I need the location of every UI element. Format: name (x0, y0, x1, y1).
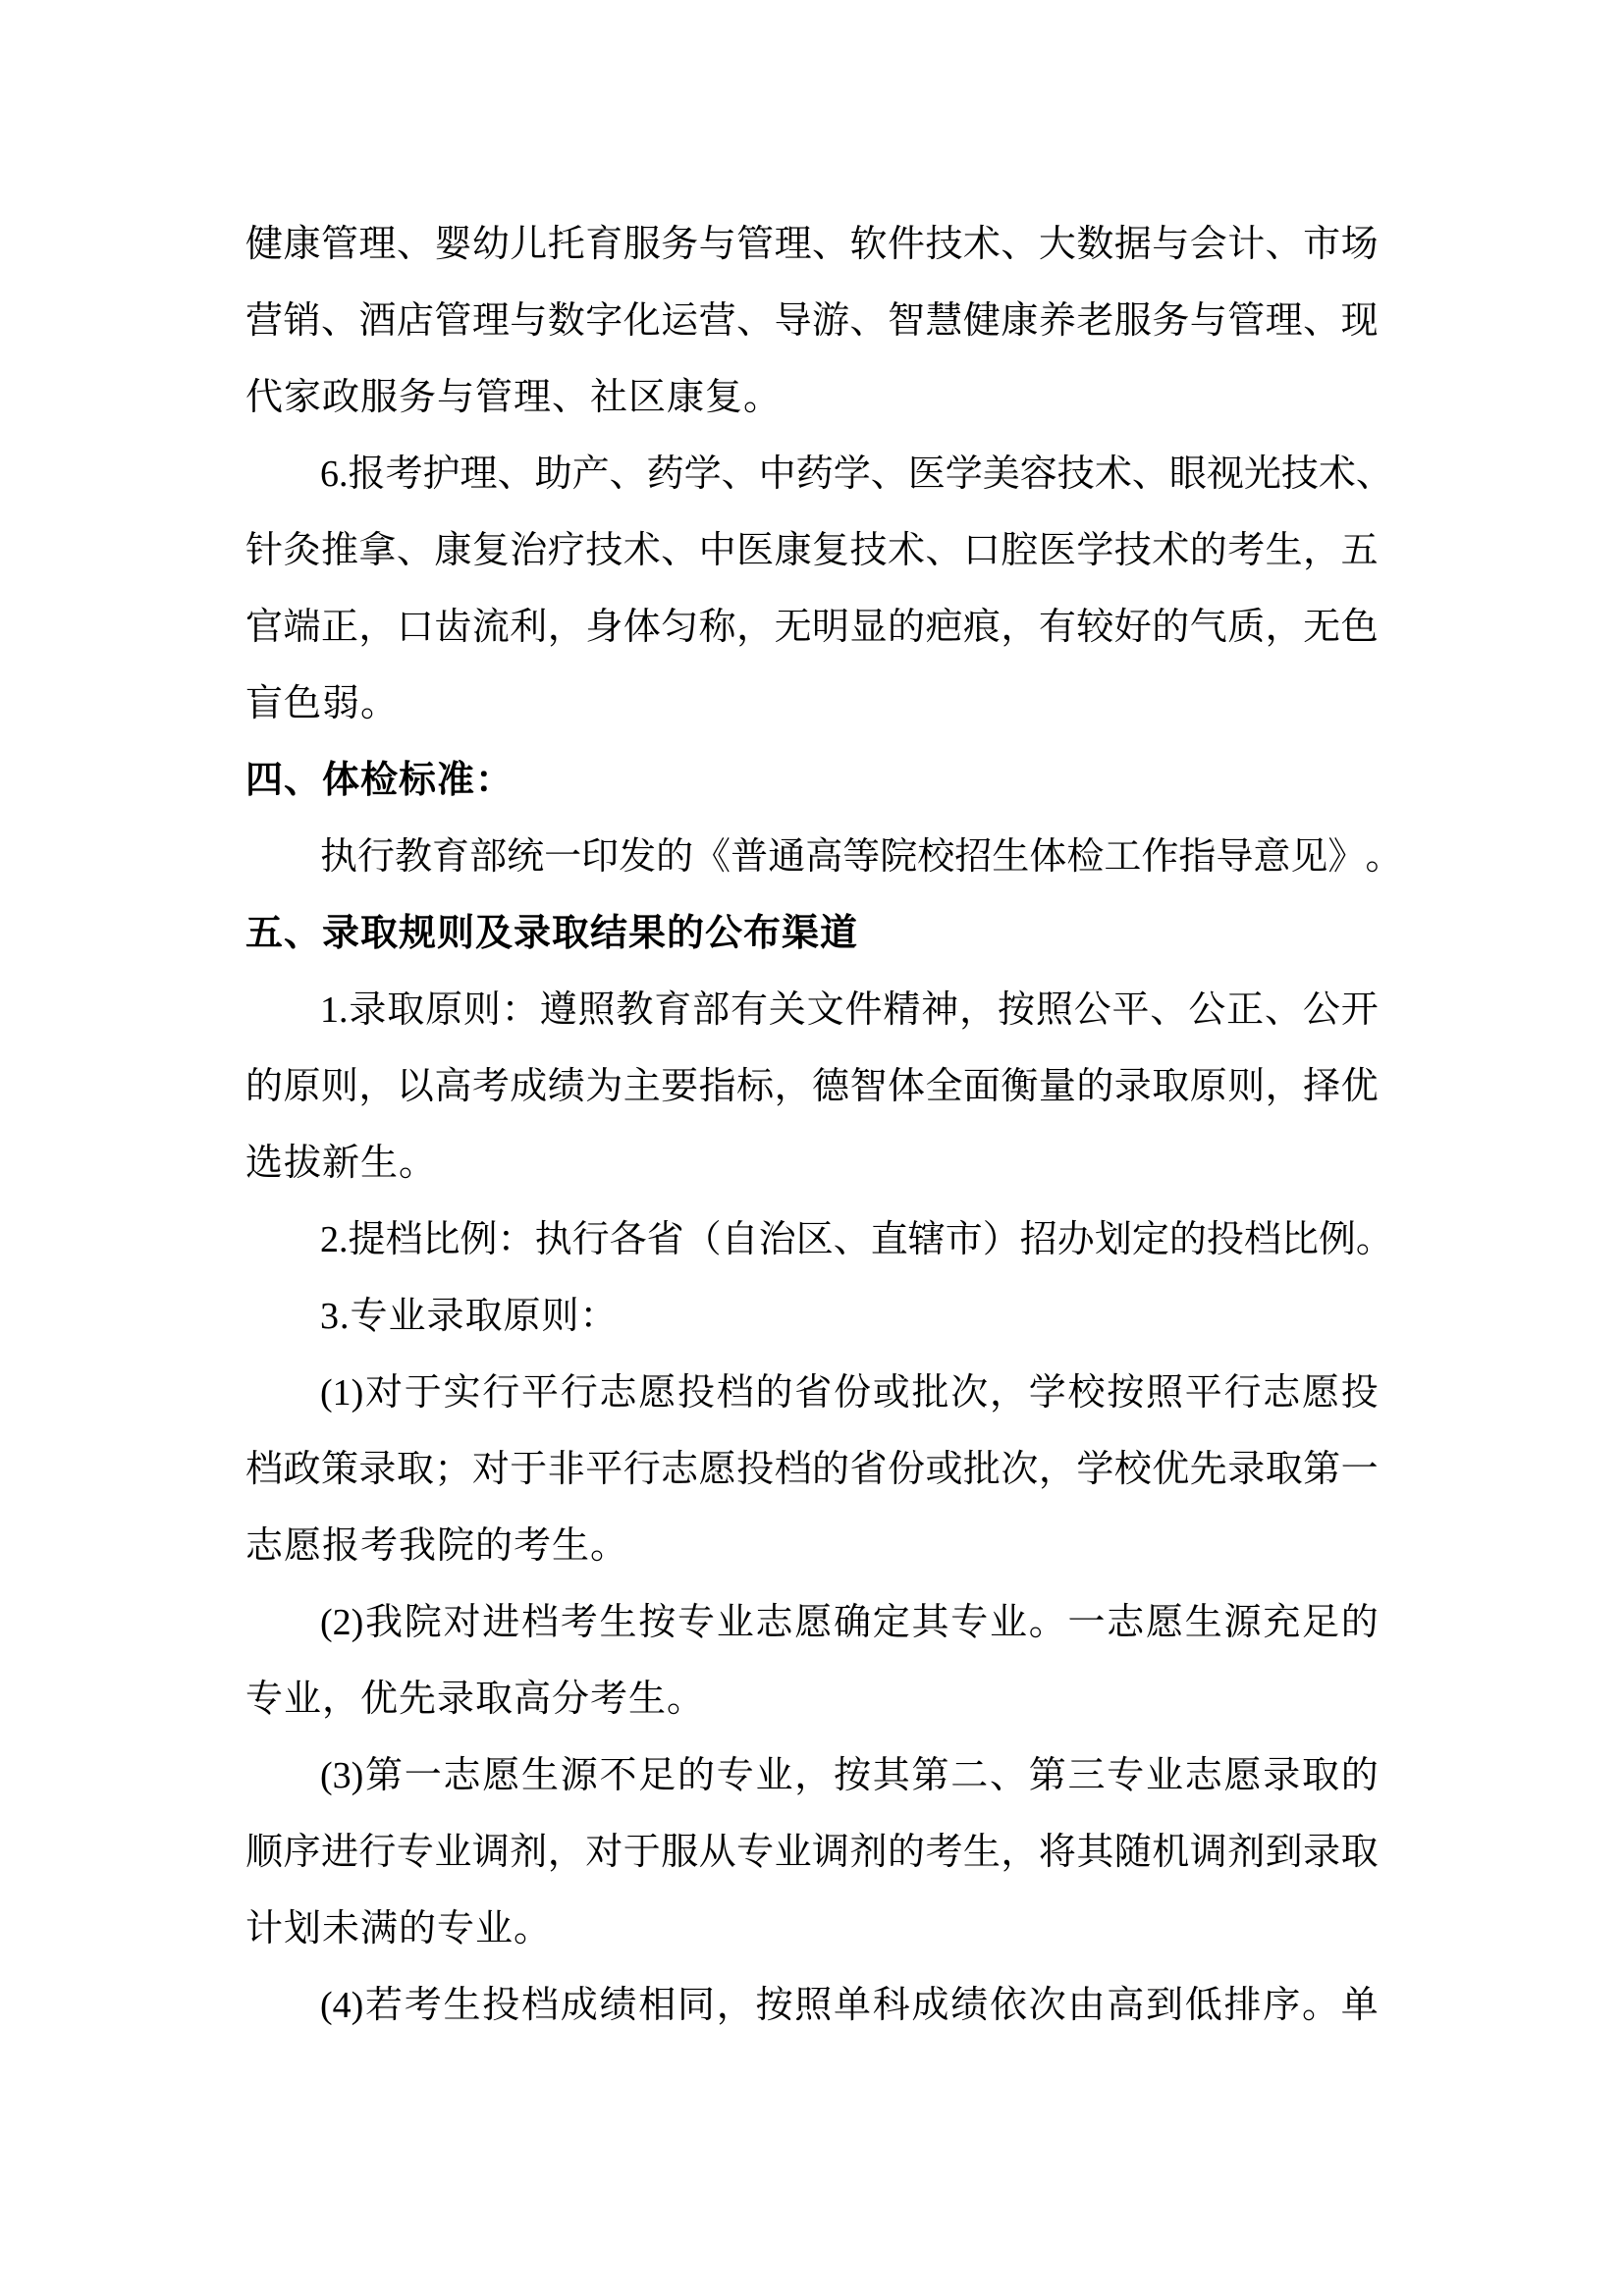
glyph-token: 行 (1224, 1355, 1262, 1431)
glyph-token: ， (1039, 1431, 1076, 1508)
glyph-token: 生 (1185, 1584, 1222, 1661)
glyph-token: 营 (699, 283, 736, 359)
glyph-token: 投 (677, 1355, 715, 1431)
glyph-token: ） (983, 1201, 1020, 1278)
glyph-token: 导 (775, 283, 812, 359)
glyph-token: 志 (1185, 1737, 1222, 1814)
glyph-token: 策 (321, 1431, 358, 1508)
glyph-token: 平 (1112, 972, 1150, 1048)
glyph-token: 第 (912, 1737, 949, 1814)
glyph-token: 投 (1341, 1355, 1379, 1431)
glyph-token: 6. (320, 436, 349, 512)
glyph-token: 药 (647, 436, 684, 512)
glyph-token: ： (502, 972, 539, 1048)
glyph-token: 酒 (358, 283, 396, 359)
glyph-token: 务 (1152, 283, 1189, 359)
glyph-token: 我 (365, 1584, 403, 1661)
glyph-token: 端 (283, 589, 320, 666)
glyph-token: 的 (1341, 1737, 1379, 1814)
glyph-token: 无 (1303, 589, 1340, 666)
glyph-token: 照 (794, 1967, 832, 2044)
glyph-token: 视 (1207, 436, 1244, 512)
glyph-token: 调 (1190, 1814, 1227, 1891)
glyph-token: 服 (1114, 283, 1152, 359)
glyph-token: 录 (349, 972, 386, 1048)
glyph-token: 匀 (661, 589, 698, 666)
glyph-token: 灸 (283, 512, 320, 589)
glyph-token: 美 (983, 436, 1020, 512)
glyph-token: 愿 (1224, 1737, 1262, 1814)
glyph-token: 场 (1341, 206, 1379, 283)
glyph-token: 康 (283, 206, 320, 283)
glyph-token: ， (1303, 512, 1340, 589)
glyph-token: 志 (661, 1431, 698, 1508)
glyph-token: 体 (623, 589, 661, 666)
glyph-token: 高 (1107, 1967, 1144, 2044)
glyph-token: 《 (693, 819, 731, 895)
glyph-token: 的 (1152, 589, 1189, 666)
glyph-token: 字 (585, 283, 623, 359)
glyph-token: 文 (807, 972, 844, 1048)
text-line: 代家政服务与管理、社区康复。 (245, 359, 1379, 436)
glyph-token: 于 (405, 1355, 442, 1431)
glyph-token: 一 (405, 1737, 442, 1814)
glyph-token: 婴 (434, 206, 471, 283)
glyph-token: 录 (1227, 1431, 1265, 1508)
glyph-token: 关 (769, 972, 806, 1048)
glyph-token: 有 (1039, 589, 1076, 666)
glyph-token: 省 (794, 1355, 832, 1431)
glyph-token: 则 (1227, 1048, 1265, 1125)
glyph-token: ， (1001, 589, 1038, 666)
glyph-token: 、 (812, 206, 849, 283)
glyph-token: 到 (1146, 1967, 1183, 2044)
glyph-token: 理 (775, 206, 812, 283)
glyph-token: 指 (1178, 819, 1216, 895)
glyph-token: 复 (472, 512, 510, 589)
glyph-token: 健 (245, 206, 283, 283)
glyph-token: 服 (623, 206, 661, 283)
glyph-token: 志 (444, 1737, 481, 1814)
glyph-token: 愿 (1146, 1584, 1183, 1661)
glyph-token: 的 (812, 1431, 849, 1508)
glyph-token: 对 (585, 1814, 623, 1891)
glyph-token: 院 (405, 1584, 442, 1661)
glyph-token: 、 (321, 283, 358, 359)
glyph-token: 业 (756, 1737, 793, 1814)
glyph-token: 辖 (908, 1201, 946, 1278)
glyph-token: ， (358, 589, 396, 666)
glyph-token: 办 (1057, 1201, 1095, 1278)
glyph-token: 愿 (482, 1737, 519, 1814)
glyph-token: 档 (245, 1431, 283, 1508)
glyph-token: 术 (1319, 436, 1356, 512)
glyph-token: 量 (1039, 1048, 1076, 1125)
glyph-token: 按 (756, 1967, 793, 2044)
glyph-token: 照 (578, 972, 616, 1048)
glyph-token: 正 (1226, 972, 1264, 1048)
glyph-token: 学 (684, 436, 722, 512)
glyph-token: 容 (1020, 436, 1057, 512)
glyph-token: 序 (283, 1814, 320, 1891)
glyph-token: 非 (548, 1431, 585, 1508)
glyph-token: 称 (699, 589, 736, 666)
glyph-token: 。 (1302, 1967, 1339, 2044)
glyph-token: 管 (321, 206, 358, 283)
glyph-token: 直 (871, 1201, 908, 1278)
document-page: { "page": { "background_color": "#ffffff… (0, 0, 1624, 2296)
glyph-token: 教 (395, 819, 432, 895)
glyph-token: 学 (946, 436, 983, 512)
glyph-token: 要 (661, 1048, 698, 1125)
glyph-token: 执 (320, 819, 357, 895)
glyph-token: 原 (1190, 1048, 1227, 1125)
glyph-token: 考 (405, 1967, 442, 2044)
glyph-token: 将 (1039, 1814, 1076, 1891)
text-line: 3.专业录取原则： (245, 1278, 1379, 1355)
glyph-token: 考 (472, 1048, 510, 1125)
glyph-token: 与 (699, 206, 736, 283)
glyph-token: 药 (796, 436, 834, 512)
text-line: 针灸推拿、康复治疗技术、中医康复技术、口腔医学技术的考生，五 (245, 512, 1379, 589)
glyph-token: 校 (1114, 1431, 1152, 1508)
glyph-token: 疤 (925, 589, 962, 666)
glyph-token: 以 (397, 1048, 434, 1125)
glyph-token: 学 (1029, 1355, 1066, 1431)
glyph-token: 医 (908, 436, 946, 512)
glyph-token: 管 (1227, 283, 1265, 359)
glyph-token: 取 (1302, 1737, 1339, 1814)
glyph-token: 理 (460, 436, 498, 512)
glyph-token: 单 (834, 1967, 871, 2044)
glyph-token: 愿 (699, 1431, 736, 1508)
glyph-token: 考 (925, 1814, 962, 1891)
glyph-token: 意 (1253, 819, 1290, 895)
glyph-token: 其 (912, 1584, 949, 1661)
glyph-token: 。 (1356, 1201, 1393, 1278)
text-line: 营销、酒店管理与数字化运营、导游、智慧健康养老服务与管理、现 (245, 283, 1379, 359)
glyph-token: 平 (1185, 1355, 1222, 1431)
glyph-token: ， (1266, 1048, 1303, 1125)
glyph-token: 按 (638, 1584, 676, 1661)
glyph-token: 理 (1266, 283, 1303, 359)
glyph-token: 医 (736, 512, 774, 589)
glyph-token: 大 (1039, 206, 1076, 283)
glyph-token: 按 (1107, 1355, 1144, 1431)
glyph-token: 、 (925, 512, 962, 589)
glyph-token: 生 (963, 1814, 1001, 1891)
glyph-token: 第 (365, 1737, 403, 1814)
glyph-token: 不 (600, 1737, 637, 1814)
glyph-token: 行 (561, 1355, 598, 1431)
text-line: 盲色弱。 (245, 666, 1379, 742)
glyph-token: 健 (963, 283, 1001, 359)
glyph-token: 据 (1114, 206, 1152, 283)
glyph-token: 招 (1020, 1201, 1057, 1278)
glyph-token: (2) (320, 1584, 363, 1661)
glyph-token: 随 (1114, 1814, 1152, 1891)
glyph-token: 口 (963, 512, 1001, 589)
glyph-token: 化 (623, 283, 661, 359)
glyph-token: 划 (1095, 1201, 1132, 1278)
glyph-token: 志 (600, 1355, 637, 1431)
glyph-token: 学 (1076, 512, 1113, 589)
glyph-token: 气 (1190, 589, 1227, 666)
glyph-token: 遵 (540, 972, 577, 1048)
glyph-token: 、 (1356, 436, 1393, 512)
glyph-token: 顺 (245, 1814, 283, 1891)
glyph-token: 、 (1132, 436, 1169, 512)
text-line: (2)我院对进档考生按专业志愿确定其专业。一志愿生源充足的 (245, 1584, 1379, 1661)
glyph-token: 专 (1107, 1737, 1144, 1814)
glyph-token: 到 (1266, 1814, 1303, 1891)
glyph-token: 投 (1207, 1201, 1244, 1278)
text-line: (3)第一志愿生源不足的专业，按其第二、第三专业志愿录取的 (245, 1737, 1379, 1814)
glyph-token: 拿 (358, 512, 396, 589)
glyph-token: 生 (600, 1584, 637, 1661)
glyph-token: 愿 (638, 1355, 676, 1431)
glyph-token: ， (1001, 1814, 1038, 1891)
text-line: 志愿报考我院的考生。 (245, 1508, 1379, 1584)
glyph-token: 、 (1266, 206, 1303, 283)
glyph-token: 与 (1190, 283, 1227, 359)
glyph-token: 先 (1190, 1431, 1227, 1508)
glyph-token: 康 (775, 512, 812, 589)
glyph-token: 术 (963, 206, 1001, 283)
glyph-token: 提 (349, 1201, 386, 1278)
glyph-token: 》 (1327, 819, 1365, 895)
glyph-token: 销 (283, 283, 320, 359)
glyph-token: 业 (775, 1814, 812, 1891)
glyph-token: 政 (283, 1431, 320, 1508)
glyph-token: 志 (1107, 1584, 1144, 1661)
glyph-token: 平 (521, 1355, 559, 1431)
glyph-token: 的 (245, 1048, 283, 1125)
glyph-token: 中 (759, 436, 796, 512)
section-heading: 五、录取规则及录取结果的公布渠道 (245, 895, 1379, 972)
glyph-token: 则 (321, 1048, 358, 1125)
glyph-token: (4) (320, 1967, 363, 2044)
glyph-token: 产 (572, 436, 610, 512)
glyph-token: 录 (1114, 1048, 1152, 1125)
glyph-token: 专 (736, 1814, 774, 1891)
glyph-token: 批 (912, 1355, 949, 1431)
glyph-token: 份 (834, 1355, 871, 1431)
glyph-token: 2. (320, 1201, 349, 1278)
glyph-token: 足 (638, 1737, 676, 1814)
glyph-token: 1. (320, 972, 349, 1048)
glyph-token: 第 (1303, 1431, 1340, 1508)
glyph-token: 技 (850, 512, 888, 589)
glyph-token: 公 (1188, 972, 1225, 1048)
glyph-token: 行 (623, 1431, 661, 1508)
glyph-token: 、 (871, 436, 908, 512)
glyph-token: 营 (245, 283, 283, 359)
glyph-token: 低 (1185, 1967, 1222, 2044)
glyph-token: 科 (873, 1967, 910, 2044)
glyph-token: ， (548, 589, 585, 666)
text-line: 2.提档比例：执行各省（自治区、直辖市）招办划定的投档比例。 (245, 1201, 1379, 1278)
glyph-token: 务 (661, 206, 698, 283)
text-line: 档政策录取；对于非平行志愿投档的省份或批次，学校优先录取第一 (245, 1431, 1379, 1508)
glyph-token: 部 (469, 819, 507, 895)
glyph-token: 印 (581, 819, 619, 895)
glyph-token: 由 (1068, 1967, 1106, 2044)
glyph-token: 技 (1057, 436, 1095, 512)
glyph-token: 取 (397, 1431, 434, 1508)
glyph-token: 、 (850, 283, 888, 359)
glyph-token: 实 (444, 1355, 481, 1431)
glyph-token: 显 (850, 589, 888, 666)
glyph-token: (1) (320, 1355, 363, 1431)
glyph-token: 专 (950, 1584, 988, 1661)
glyph-token: 相 (638, 1967, 676, 2044)
glyph-token: 流 (472, 589, 510, 666)
glyph-token: 软 (850, 206, 888, 283)
glyph-token: 区 (796, 1201, 834, 1278)
glyph-token: 、 (1265, 972, 1302, 1048)
glyph-token: 作 (1141, 819, 1178, 895)
glyph-token: 针 (245, 512, 283, 589)
glyph-token: 照 (1146, 1355, 1183, 1431)
glyph-token: 次 (1029, 1967, 1066, 2044)
text-line: (1)对于实行平行志愿投档的省份或批次，学校按照平行志愿投 (245, 1355, 1379, 1431)
glyph-token: 取 (1266, 1431, 1303, 1508)
glyph-token: 定 (873, 1584, 910, 1661)
glyph-token: 复 (812, 512, 849, 589)
glyph-token: 计 (1227, 206, 1265, 283)
glyph-token: 全 (925, 1048, 962, 1125)
glyph-token: 神 (921, 972, 958, 1048)
glyph-token: 、 (610, 436, 647, 512)
glyph-token: 志 (1263, 1355, 1300, 1431)
glyph-token: 为 (585, 1048, 623, 1125)
glyph-token: 行 (358, 1814, 396, 1891)
glyph-token: 报 (349, 436, 386, 512)
glyph-token: 校 (1068, 1355, 1106, 1431)
glyph-token: 较 (1076, 589, 1113, 666)
glyph-token: 考 (561, 1584, 598, 1661)
text-line: 1.录取原则：遵照教育部有关文件精神，按照公平、公正、公开 (245, 972, 1379, 1048)
glyph-token: 成 (912, 1967, 949, 2044)
glyph-token: 则 (463, 972, 501, 1048)
glyph-token: 取 (1152, 1048, 1189, 1125)
glyph-token: 源 (1224, 1584, 1262, 1661)
glyph-token: 。 (1365, 819, 1402, 895)
glyph-token: 齿 (434, 589, 471, 666)
glyph-token: 次 (1001, 1431, 1038, 1508)
glyph-token: 的 (656, 819, 693, 895)
glyph-token: 机 (1152, 1814, 1189, 1891)
glyph-token: 例 (1319, 1201, 1356, 1278)
glyph-token: ， (736, 589, 774, 666)
glyph-token: 色 (1341, 589, 1379, 666)
glyph-token: 的 (677, 1737, 715, 1814)
glyph-token: 数 (1076, 206, 1113, 283)
glyph-token: 生 (521, 1737, 559, 1814)
glyph-token: 统 (507, 819, 544, 895)
glyph-token: 取 (1341, 1814, 1379, 1891)
glyph-token: （ (684, 1201, 722, 1278)
text-line: 的原则，以高考成绩为主要指标，德智体全面衡量的录取原则，择优 (245, 1048, 1379, 1125)
glyph-token: 育 (654, 972, 691, 1048)
glyph-token: 主 (623, 1048, 661, 1125)
glyph-token: 技 (585, 512, 623, 589)
glyph-token: 公 (1303, 972, 1340, 1048)
glyph-token: 会 (1190, 206, 1227, 283)
glyph-token: 明 (812, 589, 849, 666)
glyph-token: 业 (1146, 1737, 1183, 1814)
glyph-token: 五 (1341, 512, 1379, 589)
glyph-token: 店 (397, 283, 434, 359)
glyph-token: 于 (510, 1431, 547, 1508)
glyph-token: (3) (320, 1737, 363, 1814)
glyph-token: 院 (880, 819, 917, 895)
glyph-token: 例 (460, 1201, 498, 1278)
glyph-token: 录 (1263, 1737, 1300, 1814)
glyph-token: 导 (1216, 819, 1253, 895)
glyph-token: 口 (397, 589, 434, 666)
glyph-token: 现 (1341, 283, 1379, 359)
text-line: 官端正，口齿流利，身体匀称，无明显的疤痕，有较好的气质，无色 (245, 589, 1379, 666)
glyph-token: 剂 (850, 1814, 888, 1891)
glyph-token: 的 (1076, 1048, 1113, 1125)
glyph-token: 治 (759, 1201, 796, 1278)
glyph-token: 数 (548, 283, 585, 359)
glyph-token: 学 (834, 436, 871, 512)
text-line: 6.报考护理、助产、药学、中药学、医学美容技术、眼视光技术、 (245, 436, 1379, 512)
text-line: 计划未满的专业。 (245, 1891, 1379, 1967)
glyph-token: 绩 (548, 1048, 585, 1125)
glyph-token: 身 (585, 589, 623, 666)
glyph-token: 、 (397, 206, 434, 283)
glyph-token: 行 (572, 1201, 610, 1278)
glyph-token: 体 (1029, 819, 1066, 895)
glyph-token: 康 (434, 512, 471, 589)
glyph-token: 招 (954, 819, 992, 895)
glyph-token: 专 (397, 1814, 434, 1891)
glyph-token: 中 (699, 512, 736, 589)
glyph-token: 有 (731, 972, 768, 1048)
glyph-token: 省 (647, 1201, 684, 1278)
glyph-token: 育 (432, 819, 469, 895)
glyph-token: 考 (1227, 512, 1265, 589)
glyph-token: 、 (1001, 206, 1038, 283)
glyph-token: 档 (521, 1584, 559, 1661)
glyph-token: 术 (888, 512, 925, 589)
glyph-token: 行 (357, 819, 395, 895)
glyph-token: 通 (768, 819, 805, 895)
glyph-token: 成 (510, 1048, 547, 1125)
glyph-token: 公 (1074, 972, 1111, 1048)
glyph-token: 调 (472, 1814, 510, 1891)
glyph-token: 愿 (794, 1584, 832, 1661)
glyph-token: 、 (1150, 972, 1187, 1048)
glyph-token: 护 (423, 436, 460, 512)
glyph-token: 件 (888, 206, 925, 283)
glyph-token: 进 (321, 1814, 358, 1891)
glyph-token: 服 (661, 1814, 698, 1891)
glyph-token: 业 (990, 1584, 1027, 1661)
glyph-token: 面 (963, 1048, 1001, 1125)
glyph-token: 档 (775, 1431, 812, 1508)
glyph-token: 技 (1114, 512, 1152, 589)
glyph-token: ， (794, 1737, 832, 1814)
glyph-token: 腔 (1001, 512, 1038, 589)
glyph-token: 专 (677, 1584, 715, 1661)
glyph-token: 智 (888, 283, 925, 359)
glyph-token: 录 (1303, 1814, 1340, 1891)
